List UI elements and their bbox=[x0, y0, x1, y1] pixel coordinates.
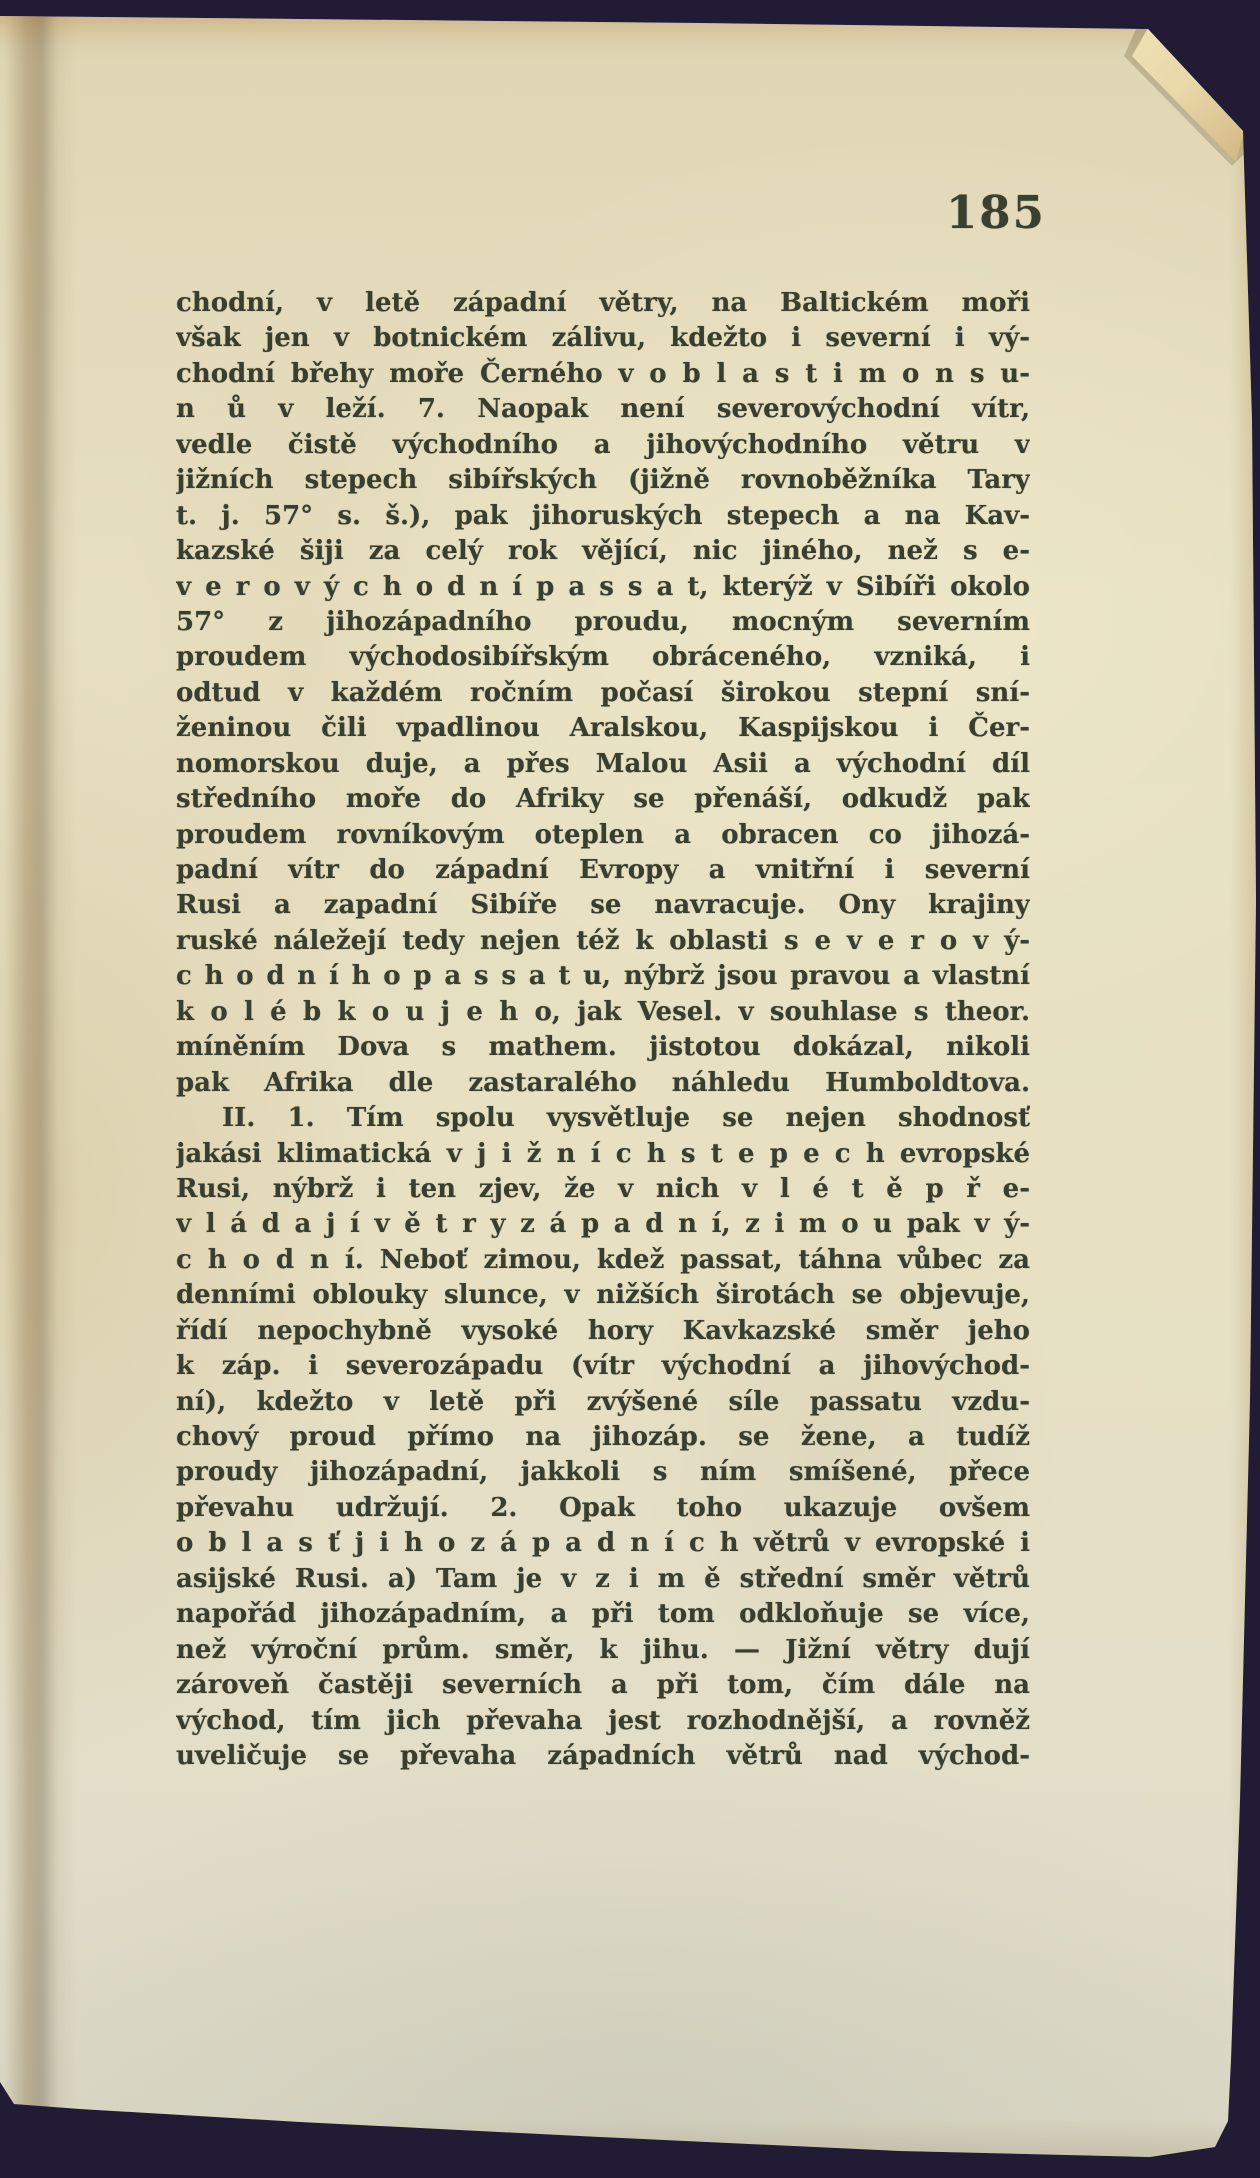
text-line: padní vítr do západní Evropy a vnitřní i… bbox=[176, 853, 1030, 888]
text-line: proudy jihozápadní, jakkoli s ním smíšen… bbox=[176, 1455, 1030, 1490]
text-line: ní), kdežto v letě při zvýšené síle pass… bbox=[176, 1385, 1030, 1420]
body-text: chodní, v letě západní větry, na Baltick… bbox=[176, 286, 1030, 1774]
text-line: proudem rovníkovým oteplen a obracen co … bbox=[176, 818, 1030, 853]
text-line: o b l a s ť j i h o z á p a d n í c h vě… bbox=[176, 1526, 1030, 1561]
text-line: k o l é b k o u j e h o, jak Vesel. v so… bbox=[176, 995, 1030, 1030]
binding-crease bbox=[4, 0, 76, 2178]
text-line: n ů v leží. 7. Naopak není severovýchodn… bbox=[176, 392, 1030, 427]
text-line: vedle čistě východního a jihovýchodního … bbox=[176, 428, 1030, 463]
text-line: ženinou čili vpadlinou Aralskou, Kaspijs… bbox=[176, 711, 1030, 746]
text-line: v e r o v ý c h o d n í p a s s a t, kte… bbox=[176, 570, 1030, 605]
text-line: II. 1. Tím spolu vysvětluje se nejen sho… bbox=[176, 1101, 1030, 1136]
text-line: středního moře do Afriky se přenáší, odk… bbox=[176, 782, 1030, 817]
text-line: napořád jihozápadním, a při tom odkloňuj… bbox=[176, 1597, 1030, 1632]
text-line: odtud v každém ročním počasí širokou ste… bbox=[176, 676, 1030, 711]
book-page: 185 chodní, v letě západní větry, na Bal… bbox=[0, 0, 1260, 2178]
text-line: východ, tím jich převaha jest rozhodnějš… bbox=[176, 1704, 1030, 1739]
text-line: než výroční prům. směr, k jihu. — Jižní … bbox=[176, 1633, 1030, 1668]
text-line: míněním Dova s mathem. jistotou dokázal,… bbox=[176, 1030, 1030, 1065]
text-line: 57° z jihozápadního proudu, mocným sever… bbox=[176, 605, 1030, 640]
text-line: řídí nepochybně vysoké hory Kavkazské sm… bbox=[176, 1314, 1030, 1349]
text-line: t. j. 57° s. š.), pak jihoruských stepec… bbox=[176, 499, 1030, 534]
text-line: však jen v botnickém zálivu, kdežto i se… bbox=[176, 321, 1030, 356]
text-line: nomorskou duje, a přes Malou Asii a vých… bbox=[176, 747, 1030, 782]
text-line: Rusi a zapadní Sibíře se navracuje. Ony … bbox=[176, 888, 1030, 923]
text-line: v l á d a j í v ě t r y z á p a d n í, z… bbox=[176, 1207, 1030, 1242]
text-line: jakási klimatická v j i ž n í c h s t e … bbox=[176, 1137, 1030, 1172]
text-line: chodní břehy moře Černého v o b l a s t … bbox=[176, 357, 1030, 392]
text-line: uveličuje se převaha západních větrů nad… bbox=[176, 1739, 1030, 1774]
text-line: proudem východosibířským obráceného, vzn… bbox=[176, 640, 1030, 675]
page-top-edge-shading bbox=[0, 8, 1260, 48]
text-line: pak Afrika dle zastaralého náhledu Humbo… bbox=[176, 1066, 1030, 1101]
text-line: denními oblouky slunce, v nižších širotá… bbox=[176, 1278, 1030, 1313]
text-line: zároveň častěji severních a při tom, čím… bbox=[176, 1668, 1030, 1703]
page-right-edge-shading bbox=[1230, 0, 1260, 2178]
text-line: kazské šiji za celý rok vějící, nic jiné… bbox=[176, 534, 1030, 569]
page-bottom-edge-shading bbox=[0, 2118, 1260, 2178]
text-line: jižních stepech sibířských (jižně rovnob… bbox=[176, 463, 1030, 498]
text-line: převahu udržují. 2. Opak toho ukazuje ov… bbox=[176, 1491, 1030, 1526]
text-line: asijské Rusi. a) Tam je v z i m ě středn… bbox=[176, 1562, 1030, 1597]
text-line: Rusi, nýbrž i ten zjev, že v nich v l é … bbox=[176, 1172, 1030, 1207]
book-scan-backdrop: 185 chodní, v letě západní větry, na Bal… bbox=[0, 0, 1260, 2178]
page-number: 185 bbox=[946, 190, 1046, 235]
dog-ear-corner-fold-icon bbox=[1118, 22, 1258, 172]
text-line: c h o d n í h o p a s s a t u, nýbrž jso… bbox=[176, 959, 1030, 994]
text-line: ruské náležejí tedy nejen též k oblasti … bbox=[176, 924, 1030, 959]
text-line: chový proud přímo na jihozáp. se žene, a… bbox=[176, 1420, 1030, 1455]
text-line: c h o d n í. Neboť zimou, kdež passat, t… bbox=[176, 1243, 1030, 1278]
text-line: chodní, v letě západní větry, na Baltick… bbox=[176, 286, 1030, 321]
text-line: k záp. i severozápadu (vítr východní a j… bbox=[176, 1349, 1030, 1384]
